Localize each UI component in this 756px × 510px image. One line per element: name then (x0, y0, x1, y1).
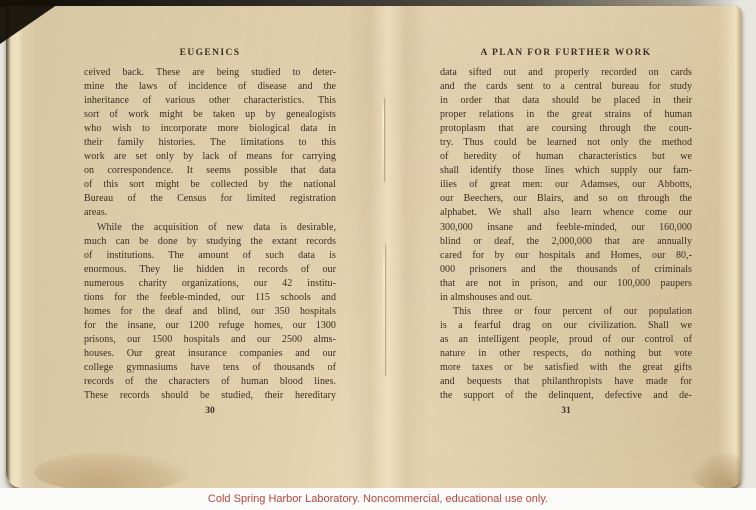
text-line: homes for the deaf and blind, our 350 ho… (84, 305, 336, 319)
text-line: blind or deaf, the 2,000,000 that are an… (440, 235, 692, 249)
caption-bar: Cold Spring Harbor Laboratory. Noncommer… (0, 488, 756, 510)
page-edge-stack-right (718, 6, 742, 488)
text-line: and bequests that philanthropists have m… (440, 375, 692, 389)
text-line: shall identify those lines which supply … (440, 164, 692, 178)
caption-text: Cold Spring Harbor Laboratory. Noncommer… (208, 493, 548, 505)
page-number: 30 (84, 406, 336, 416)
text-line: that are not in prison, and our 100,000 … (440, 277, 692, 291)
text-line: 300,000 insane and feeble-minded, our 16… (440, 221, 692, 235)
book-gutter (346, 6, 430, 488)
text-line: cared for by our hospitals and Homes, ou… (440, 249, 692, 263)
text-line: alphabet. We shall also learn whence com… (440, 206, 692, 220)
binding-thread (382, 98, 384, 182)
text-line: work are set only by lack of means for c… (84, 150, 336, 164)
text-line: ilies of great men: our Adamses, our Abb… (440, 178, 692, 192)
text-line: While the acquisition of new data is des… (84, 221, 336, 235)
text-line: who wish to incorporate more biological … (84, 122, 336, 136)
text-line: of heredity of human characteristics but… (440, 150, 692, 164)
text-line: in almshouses and out. (440, 291, 692, 305)
text-line: much can be done by studying the extant … (84, 235, 336, 249)
text-line: for the insane, our 1200 refuge homes, o… (84, 319, 336, 333)
page-left-body: ceived back. These are being studied to … (84, 66, 336, 403)
text-line: records of the characters of human blood… (84, 375, 336, 389)
text-line: enormous. They lie hidden in records of … (84, 263, 336, 277)
text-line: the support of the delinquent, defective… (440, 389, 692, 403)
text-line: prisons, our 1500 hospitals and our 2500… (84, 333, 336, 347)
photo-background: EUGENICS ceived back. These are being st… (0, 0, 756, 510)
text-line: on correspondence. It seems possible tha… (84, 164, 336, 178)
text-line: sort of work might be taken up by geneal… (84, 108, 336, 122)
binding-thread (383, 244, 385, 376)
text-line: college gymnasiums have tens of thousand… (84, 361, 336, 375)
text-line: our Beechers, our Blairs, and so on thro… (440, 192, 692, 206)
text-line: 000 prisoners and the thousands of crimi… (440, 263, 692, 277)
open-book: EUGENICS ceived back. These are being st… (6, 6, 742, 490)
text-line: as an intelligent people, proud of our c… (440, 333, 692, 347)
text-line: proper relations in the great strains of… (440, 108, 692, 122)
text-line: and the cards sent to a central bureau f… (440, 80, 692, 94)
text-line: data sifted out and properly recorded on… (440, 66, 692, 80)
text-line: This three or four percent of our popula… (440, 305, 692, 319)
text-line: Bureau of the Census for limited registr… (84, 192, 336, 206)
text-line: protoplasm that are coursing through the… (440, 122, 692, 136)
photo-shadow-corner (0, 0, 64, 44)
text-line: in order that data should be placed in t… (440, 94, 692, 108)
text-line: numerous charity organizations, our 42 i… (84, 277, 336, 291)
text-line: try. Thus could be learned not only the … (440, 136, 692, 150)
text-line: more taxes or be satisfied with the grea… (440, 361, 692, 375)
text-line: inheritance of various other characteris… (84, 94, 336, 108)
text-line: of this sort might be collected by the n… (84, 178, 336, 192)
text-line: their family histories. The limitations … (84, 136, 336, 150)
text-line: houses. Our great insurance companies an… (84, 347, 336, 361)
text-line: is a fearful drag on our civilization. S… (440, 319, 692, 333)
page-right-body: data sifted out and properly recorded on… (440, 66, 692, 403)
text-line: mine the laws of incidence of disease an… (84, 80, 336, 94)
text-line: ceived back. These are being studied to … (84, 66, 336, 80)
text-line: of institutions. The amount of such data… (84, 249, 336, 263)
page-edge-stack-left (6, 6, 58, 488)
page-header: EUGENICS (84, 48, 336, 62)
text-line: nature in other respects, do nothing but… (440, 347, 692, 361)
text-line: These records should be studied, their h… (84, 389, 336, 403)
text-line: tions for the feeble-minded, our 115 sch… (84, 291, 336, 305)
page-header: A PLAN FOR FURTHER WORK (440, 48, 692, 62)
text-line: areas. (84, 206, 336, 220)
page-number: 31 (440, 406, 692, 416)
